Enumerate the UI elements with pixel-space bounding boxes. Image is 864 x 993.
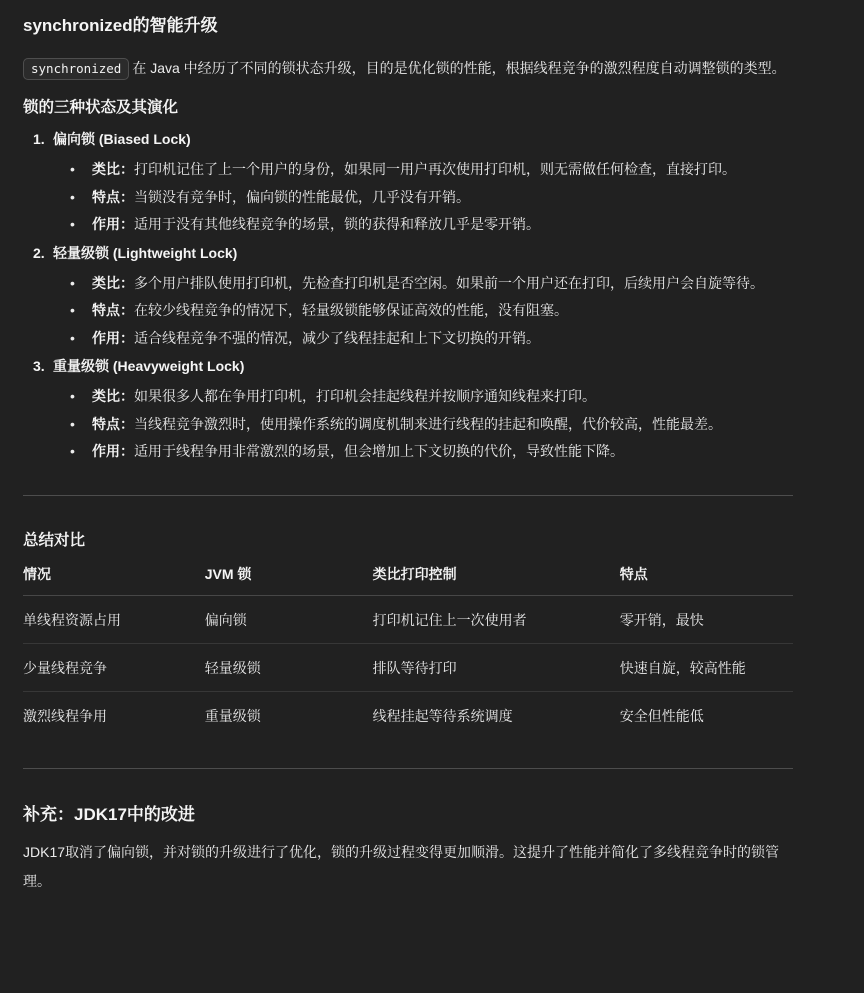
bullet-term: 作用：: [92, 330, 134, 346]
table-row: 单线程资源占用 偏向锁 打印机记住上一次使用者 零开销，最快: [23, 595, 793, 643]
list-title-text: 偏向锁 (Biased Lock): [53, 131, 191, 147]
list-number: 2.: [33, 239, 53, 267]
jdk17-paragraph: JDK17取消了偏向锁，并对锁的升级进行了优化，锁的升级过程变得更加顺滑。这提升…: [23, 838, 793, 896]
inline-code-synchronized: synchronized: [23, 58, 129, 80]
horizontal-divider: [23, 495, 793, 496]
bullet-item: 作用：适合线程竞争不强的情况，减少了线程挂起和上下文切换的开销。: [68, 325, 793, 353]
bullet-item: 作用：适用于线程争用非常激烈的场景，但会增加上下文切换的代价，导致性能下降。: [68, 438, 793, 466]
bullet-text: 打印机记住了上一个用户的身份，如果同一用户再次使用打印机，则无需做任何检查，直接…: [134, 161, 736, 177]
list-item-heavyweight-lock: 3.重量级锁 (Heavyweight Lock) 类比：如果很多人都在争用打印…: [33, 352, 793, 466]
list-item-biased-lock: 1.偏向锁 (Biased Lock) 类比：打印机记住了上一个用户的身份，如果…: [33, 125, 793, 239]
list-number: 3.: [33, 352, 53, 380]
bullet-term: 作用：: [92, 216, 134, 232]
table-cell: 快速自旋，较高性能: [620, 643, 793, 691]
table-cell: 打印机记住上一次使用者: [373, 595, 620, 643]
bullet-term: 特点：: [92, 416, 134, 432]
bullet-term: 作用：: [92, 443, 134, 459]
bullet-list: 类比：如果很多人都在争用打印机，打印机会挂起线程并按顺序通知线程来打印。 特点：…: [33, 383, 793, 466]
list-item-title: 1.偏向锁 (Biased Lock): [33, 125, 793, 153]
intro-text: 在 Java 中经历了不同的锁状态升级，目的是优化锁的性能，根据线程竞争的激烈程…: [132, 60, 785, 76]
table-cell: 线程挂起等待系统调度: [373, 691, 620, 739]
intro-paragraph: synchronized在 Java 中经历了不同的锁状态升级，目的是优化锁的性…: [23, 54, 793, 83]
bullet-term: 类比：: [92, 275, 134, 291]
bullet-list: 类比：多个用户排队使用打印机，先检查打印机是否空闲。如果前一个用户还在打印，后续…: [33, 270, 793, 353]
table-row: 激烈线程争用 重量级锁 线程挂起等待系统调度 安全但性能低: [23, 691, 793, 739]
bullet-term: 特点：: [92, 189, 134, 205]
section-heading-lock-states: 锁的三种状态及其演化: [23, 97, 793, 118]
bullet-item: 类比：如果很多人都在争用打印机，打印机会挂起线程并按顺序通知线程来打印。: [68, 383, 793, 411]
list-item-lightweight-lock: 2.轻量级锁 (Lightweight Lock) 类比：多个用户排队使用打印机…: [33, 239, 793, 353]
summary-table: 情况 JVM 锁 类比打印控制 特点 单线程资源占用 偏向锁 打印机记住上一次使…: [23, 557, 793, 739]
table-cell: 偏向锁: [205, 595, 373, 643]
table-cell: 零开销，最快: [620, 595, 793, 643]
lock-states-list: 1.偏向锁 (Biased Lock) 类比：打印机记住了上一个用户的身份，如果…: [23, 125, 793, 466]
list-number: 1.: [33, 125, 53, 153]
bullet-text: 适用于线程争用非常激烈的场景，但会增加上下文切换的代价，导致性能下降。: [134, 443, 624, 459]
bullet-text: 当锁没有竞争时，偏向锁的性能最优，几乎没有开销。: [134, 189, 470, 205]
bullet-item: 类比：多个用户排队使用打印机，先检查打印机是否空闲。如果前一个用户还在打印，后续…: [68, 270, 793, 298]
list-item-title: 3.重量级锁 (Heavyweight Lock): [33, 352, 793, 380]
table-cell: 轻量级锁: [205, 643, 373, 691]
bullet-item: 作用：适用于没有其他线程竞争的场景，锁的获得和释放几乎是零开销。: [68, 211, 793, 239]
bullet-text: 适用于没有其他线程竞争的场景，锁的获得和释放几乎是零开销。: [134, 216, 540, 232]
table-header-jvm-lock: JVM 锁: [205, 557, 373, 596]
document-content: synchronized的智能升级 synchronized在 Java 中经历…: [23, 14, 793, 910]
table-header-row: 情况 JVM 锁 类比打印控制 特点: [23, 557, 793, 596]
horizontal-divider: [23, 768, 793, 769]
table-cell: 单线程资源占用: [23, 595, 205, 643]
bullet-item: 特点：当线程竞争激烈时，使用操作系统的调度机制来进行线程的挂起和唤醒，代价较高，…: [68, 411, 793, 439]
table-cell: 重量级锁: [205, 691, 373, 739]
section-heading-jdk17: 补充：JDK17中的改进: [23, 803, 793, 826]
bullet-item: 特点：当锁没有竞争时，偏向锁的性能最优，几乎没有开销。: [68, 184, 793, 212]
list-title-text: 重量级锁 (Heavyweight Lock): [53, 358, 244, 374]
table-header-situation: 情况: [23, 557, 205, 596]
bullet-item: 特点：在较少线程竞争的情况下，轻量级锁能够保证高效的性能，没有阻塞。: [68, 297, 793, 325]
page: { "colors": { "background": "#212121", "…: [0, 14, 864, 910]
list-item-title: 2.轻量级锁 (Lightweight Lock): [33, 239, 793, 267]
table-cell: 安全但性能低: [620, 691, 793, 739]
bullet-item: 类比：打印机记住了上一个用户的身份，如果同一用户再次使用打印机，则无需做任何检查…: [68, 156, 793, 184]
table-cell: 少量线程竞争: [23, 643, 205, 691]
list-title-text: 轻量级锁 (Lightweight Lock): [53, 245, 237, 261]
table-cell: 激烈线程争用: [23, 691, 205, 739]
bullet-list: 类比：打印机记住了上一个用户的身份，如果同一用户再次使用打印机，则无需做任何检查…: [33, 156, 793, 239]
section-heading-summary: 总结对比: [23, 530, 793, 551]
bullet-term: 类比：: [92, 388, 134, 404]
bullet-term: 类比：: [92, 161, 134, 177]
table-header-traits: 特点: [620, 557, 793, 596]
bullet-text: 多个用户排队使用打印机，先检查打印机是否空闲。如果前一个用户还在打印，后续用户会…: [134, 275, 764, 291]
table-row: 少量线程竞争 轻量级锁 排队等待打印 快速自旋，较高性能: [23, 643, 793, 691]
bullet-text: 适合线程竞争不强的情况，减少了线程挂起和上下文切换的开销。: [134, 330, 540, 346]
bullet-text: 当线程竞争激烈时，使用操作系统的调度机制来进行线程的挂起和唤醒，代价较高，性能最…: [134, 416, 722, 432]
bullet-text: 在较少线程竞争的情况下，轻量级锁能够保证高效的性能，没有阻塞。: [134, 302, 568, 318]
table-header-printer-analogy: 类比打印控制: [373, 557, 620, 596]
bullet-text: 如果很多人都在争用打印机，打印机会挂起线程并按顺序通知线程来打印。: [134, 388, 596, 404]
page-title: synchronized的智能升级: [23, 14, 793, 37]
bullet-term: 特点：: [92, 302, 134, 318]
table-cell: 排队等待打印: [373, 643, 620, 691]
